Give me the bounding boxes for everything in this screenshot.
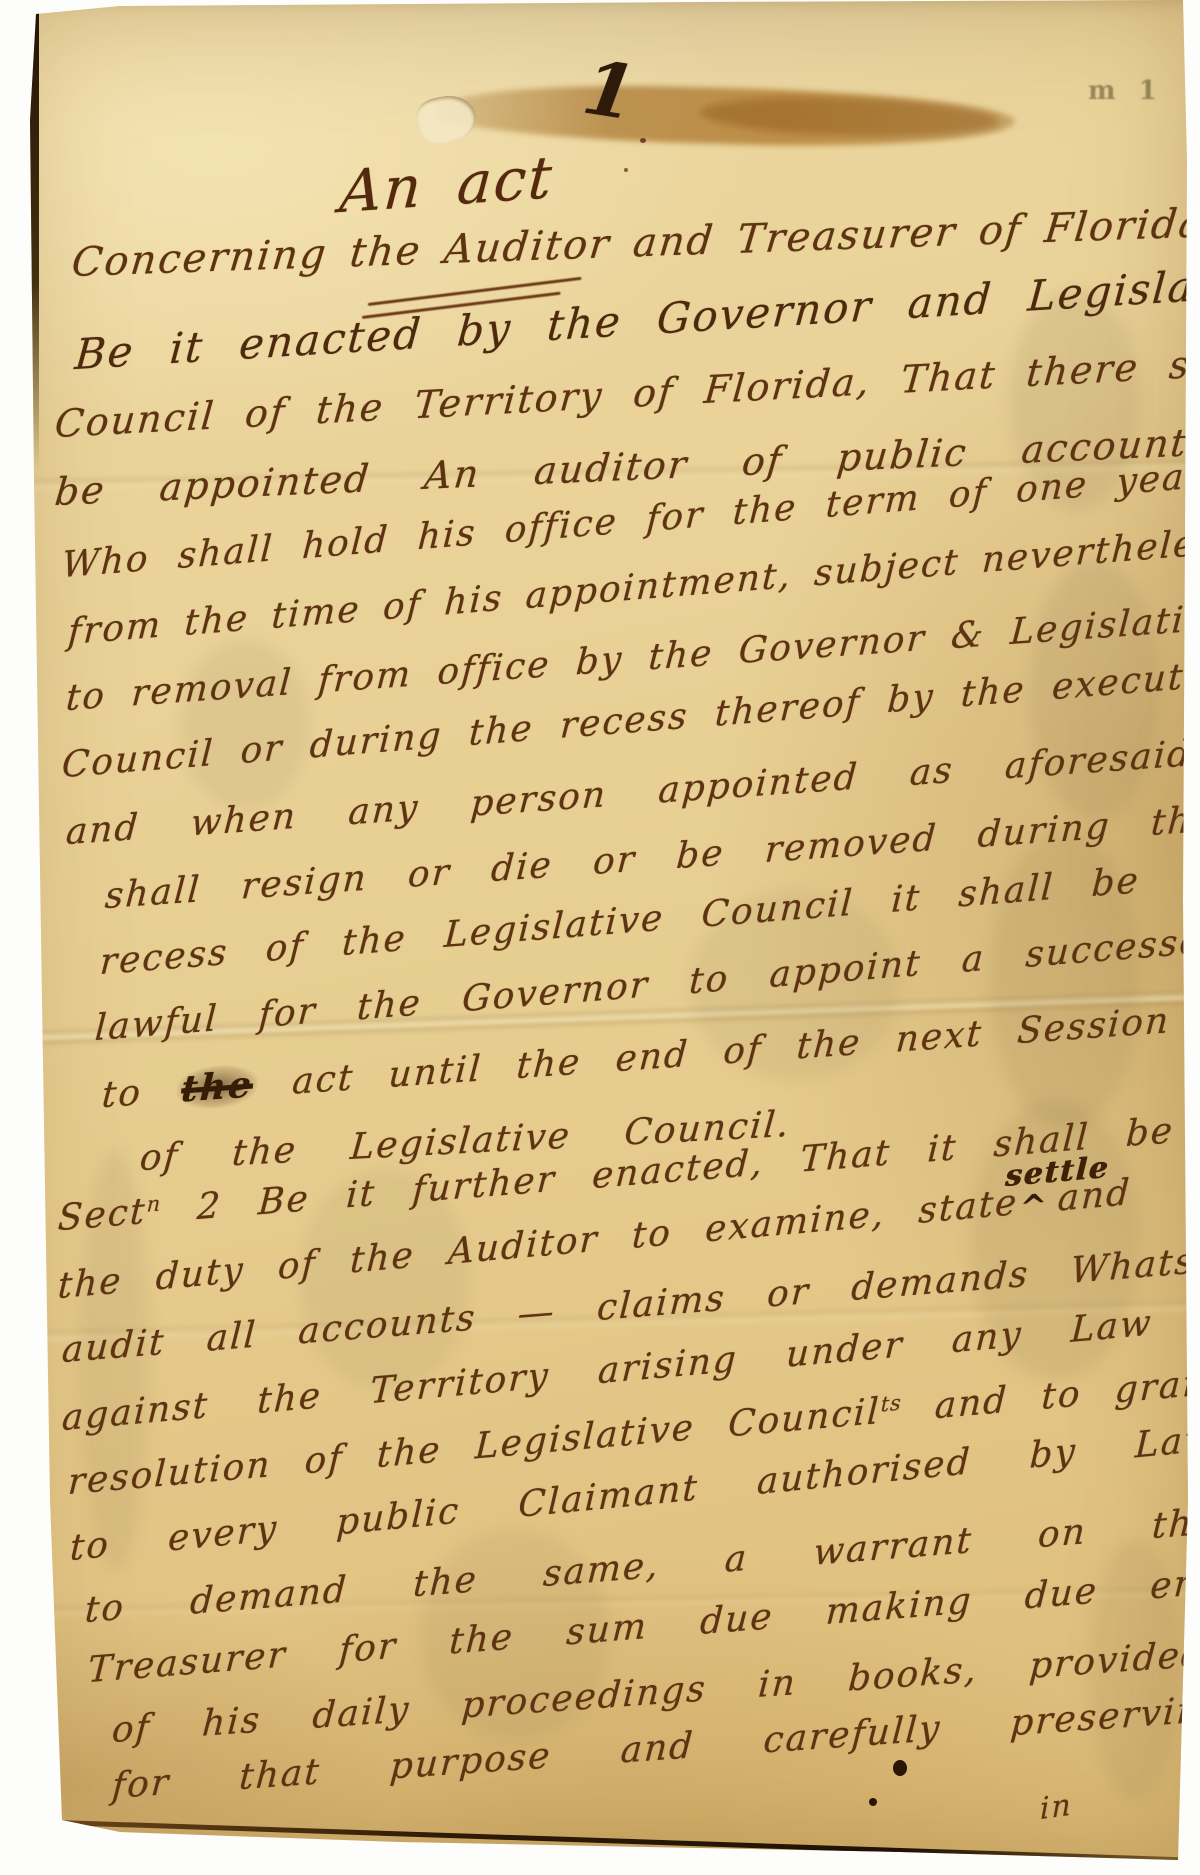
ink-dot [640, 138, 646, 143]
catchword: in [1040, 1787, 1073, 1827]
struck-word: the [175, 1063, 259, 1111]
ink-dot [893, 1760, 907, 1776]
tape-stain-core [699, 93, 1000, 140]
ink-dot [869, 1798, 877, 1806]
left-edge-shadow [26, 0, 39, 470]
paper-sheet: 1 m 1 An act Concerning the Auditor and … [0, 0, 1200, 1875]
tape-stain [434, 80, 1015, 151]
line-text: Sect [57, 1191, 148, 1239]
insertion-caret: ^ [1019, 1187, 1050, 1228]
line-text: and to grant [900, 1361, 1200, 1431]
act-title: An act [338, 143, 556, 226]
superscript: ts [880, 1390, 902, 1416]
insertion-widget: settle^ [1018, 1174, 1059, 1214]
pencil-corner-mark: m 1 [1088, 76, 1164, 106]
bottom-edge-shadow [58, 1820, 1183, 1862]
page-number-mark: 1 [577, 45, 643, 138]
line-text: to [101, 1070, 178, 1117]
paper-tear [414, 90, 480, 147]
scanned-page: 1 m 1 An act Concerning the Auditor and … [0, 0, 1200, 1875]
ink-dot [624, 168, 628, 172]
